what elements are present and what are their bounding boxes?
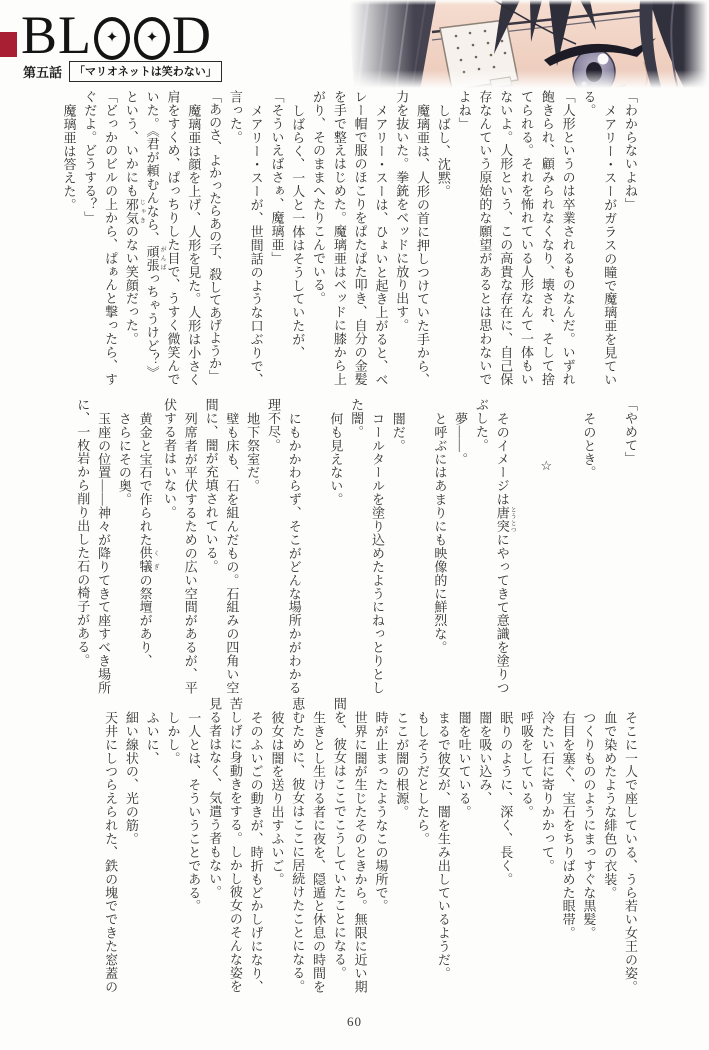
blank-line — [598, 398, 619, 698]
paragraph: 生きとし生ける者に夜を、隠遁と休息の時間を恵むために、彼女はここに居続けたことに… — [286, 697, 328, 997]
paragraph: 何も見えない。 — [325, 398, 346, 698]
paragraph: ここが闇の根源。 — [390, 697, 411, 997]
paragraph: コールタールを塗り込めたようにねっとりとした闇。 — [345, 398, 387, 698]
logo-letter-o-star-icon: ✦ — [94, 17, 130, 60]
novel-page: BL✦✦D 第五話 「マリオネットは笑わない」 — [0, 0, 709, 1050]
paragraph: 「わからないよね」 — [619, 90, 640, 390]
paragraph: 「あのさ、よかったらあの子、殺してあげようか」 — [203, 90, 224, 390]
blank-line — [304, 398, 325, 698]
paragraph: 一人とは、そういうことである。 — [182, 697, 203, 997]
paragraph: 魔璃亜は、人形の首に押しつけていた手から、力を抜いた。拳銃をベッドに放り出す。 — [390, 90, 432, 390]
paragraph: まるで彼女が、闇を生み出しているようだ。 — [432, 697, 453, 997]
paragraph: さらにその奥。 — [113, 398, 134, 698]
paragraph: にもかかわらず、そこがどんな場所かがわかる理不尽。 — [262, 398, 304, 698]
logo-letter: L — [58, 8, 92, 62]
paragraph: 細い線状の、光の筋。 — [120, 697, 141, 997]
paragraph: 闇だ。 — [387, 398, 408, 698]
paragraph: そのとき。 — [578, 398, 599, 698]
four-point-star-icon: ✦ — [106, 30, 119, 45]
logo-letter: B — [21, 8, 58, 62]
paragraph: しばらく、一人と一体はそうしていたが、 — [286, 90, 307, 390]
paragraph: 眠りのように、深く、長く。 — [494, 697, 515, 997]
eye-artwork — [344, 0, 709, 90]
paragraph: 時が止まったようなこの場所で。 — [370, 697, 391, 997]
episode-title: 「マリオネットは笑わない」 — [69, 61, 222, 82]
paragraph: 夢——。 — [449, 398, 470, 698]
paragraph: 天井にしつらえられた、鉄の塊でできた窓蓋の — [99, 697, 120, 997]
paragraph: 「やめて」 — [619, 398, 640, 698]
paragraph: 「人形というのは卒業されるものなんだ。いずれ飽きられ、顧みられなくなり、壊され、… — [453, 90, 578, 390]
paragraph: しかし。 — [162, 697, 183, 997]
text-block-top: 「わからないよね」メアリー・スーがガラスの瞳で魔璃亜を見ている。「人形というのは… — [58, 90, 640, 390]
paragraph: メアリー・スーは、ひょいと起き上がると、ベレー帽で服のほこりをぱたぱた叩き、自分… — [307, 90, 390, 390]
paragraph: 地下祭室だ。 — [241, 398, 262, 698]
logo-letter: D — [172, 8, 212, 62]
paragraph: もしそうだとしたら。 — [411, 697, 432, 997]
paragraph: 世界に闇が生じたそのときから。無限に近い期間を、彼女はここでこうしていたことにな… — [328, 697, 370, 997]
paragraph: 彼女は闇を送り出すふいご。 — [266, 697, 287, 997]
paragraph: ふいに、 — [141, 697, 162, 997]
logo-letter-o-star-icon: ✦ — [134, 17, 170, 60]
section-divider-star: ☆ — [536, 398, 557, 698]
paragraph: 壁も床も、石を組んだもの。石組みの四角い空間に、闇が充填されている。 — [200, 398, 242, 698]
paragraph: 冷たい石に寄りかかって。 — [536, 697, 557, 997]
paragraph: 呼吸をしている。 — [515, 697, 536, 997]
page-number: 60 — [0, 1014, 709, 1030]
paragraph: 黄金と宝石で作られた供犠くぎの祭壇があり、 — [134, 398, 158, 698]
red-accent-bar — [0, 32, 17, 57]
paragraph: と呼ぶにはあまりにも映像的に鮮烈な。 — [429, 398, 450, 698]
blank-line — [515, 398, 536, 698]
paragraph: しばし、沈黙。 — [432, 90, 453, 390]
episode-number: 第五話 — [23, 62, 62, 81]
paragraph: 「どっかのビルの上から、ぱぁんと撃ったら、すぐだよ。どうする？」 — [78, 90, 120, 390]
paragraph: 魔璃亜は答えた。 — [58, 90, 79, 390]
paragraph: そのふいごの動きが、時折もどかしげになり、苦しげに身動きをする。しかし彼女のそん… — [203, 697, 265, 997]
paragraph: 「そういえばさぁ、魔璃亜」 — [266, 90, 287, 390]
paragraph: 右目を塞ぐ、宝石をちりばめた眼帯。 — [557, 697, 578, 997]
blank-line — [557, 398, 578, 698]
paragraph: そこに一人で座している、うら若い女王の姿。 — [619, 697, 640, 997]
character-eye-illustration — [344, 0, 709, 90]
paragraph: つくりもののようにまっすぐな黒髪。 — [578, 697, 599, 997]
paragraph: 魔璃亜は顔を上げ、人形を見た。人形は小さく肩をすくめ、ぱっちりした目で、うすく微… — [120, 90, 203, 390]
paragraph: そのイメージは唐突とうとつにやってきて意識を塗りつぶした。 — [470, 398, 515, 698]
episode-header: 第五話 「マリオネットは笑わない」 — [23, 61, 222, 82]
four-point-star-icon: ✦ — [146, 30, 159, 45]
blood-logo: BL✦✦D — [21, 6, 212, 62]
blank-line — [408, 398, 429, 698]
text-block-middle: 「やめて」 そのとき。 ☆ そのイメージは唐突とうとつにやってきて意識を塗りつぶ… — [71, 398, 640, 698]
text-block-bottom: そこに一人で座している、うら若い女王の姿。血で染めたような緋色の衣装。つくりもの… — [99, 697, 640, 997]
paragraph: メアリー・スーが、世間話のような口ぶりで、言った。 — [224, 90, 266, 390]
paragraph: 玉座の位置——神々が降りてきて座すべき場所に、一枚岩から削り出した石の椅子がある… — [71, 398, 113, 698]
paragraph: 闇を吐いている。 — [453, 697, 474, 997]
paragraph: 闇を吸い込み、 — [474, 697, 495, 997]
paragraph: 血で染めたような緋色の衣装。 — [598, 697, 619, 997]
paragraph: 列席者が平伏するための広い空間があるが、平伏する者はいない。 — [158, 398, 200, 698]
paragraph: メアリー・スーがガラスの瞳で魔璃亜を見ている。 — [578, 90, 620, 390]
